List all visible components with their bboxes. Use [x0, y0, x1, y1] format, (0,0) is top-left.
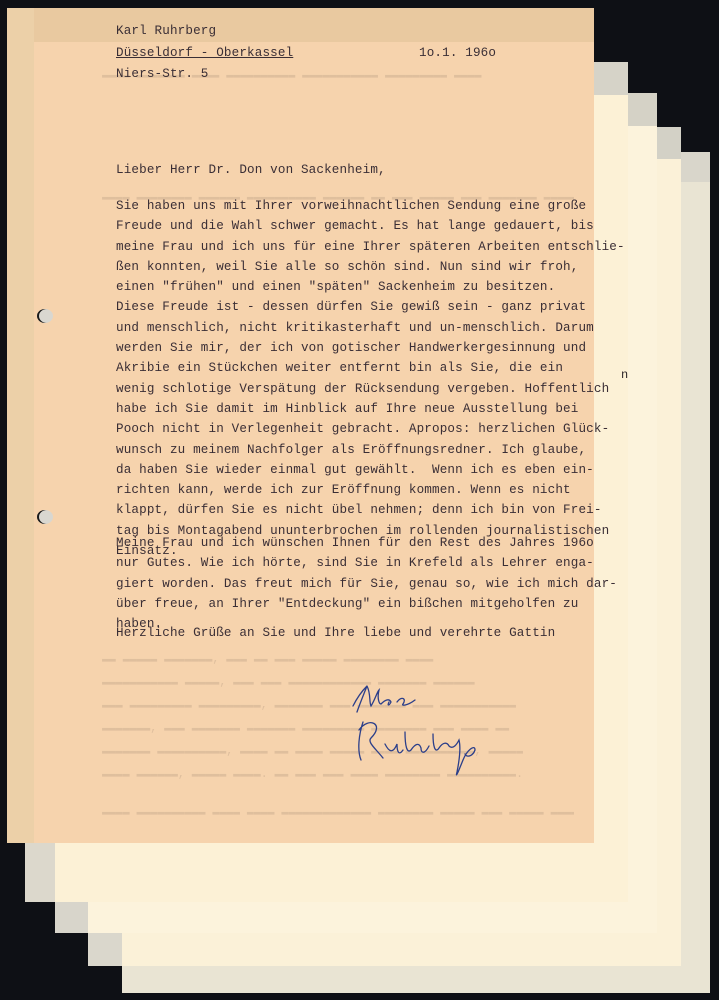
paragraph-line: da haben Sie wieder einmal gut gewählt. … [116, 460, 625, 480]
punch-hole-upper [37, 309, 53, 323]
paragraph-line: über freue, an Ihrer "Entdeckung" ein bi… [116, 594, 617, 614]
paragraph-line: werden Sie mir, der ich von gotischer Ha… [116, 338, 625, 358]
paragraph-line: Sie haben uns mit Ihrer vorweihnachtlich… [116, 196, 625, 216]
page-left-discoloration [7, 8, 34, 843]
bleed-through-text: ▬▬ ▬▬▬▬▬ ▬▬▬▬▬▬▬, ▬▬▬ ▬▬ ▬▬▬ ▬▬▬▬▬ ▬▬▬▬▬… [102, 648, 574, 671]
paragraph-line: und menschlich, nicht kritikasterhaft un… [116, 318, 625, 338]
paragraph-line: Freude und die Wahl schwer gemacht. Es h… [116, 216, 625, 236]
letter-date: 1o.1. 196o [419, 46, 496, 60]
paragraph-line: Diese Freude ist - dessen dürfen Sie gew… [116, 297, 625, 317]
handwritten-signature [345, 680, 525, 790]
paragraph-line: ßen konnten, weil Sie alle so schön sind… [116, 257, 625, 277]
paragraph-line: klappt, dürfen Sie es nicht übel nehmen;… [116, 500, 625, 520]
signature-last-name [345, 710, 505, 790]
sender-name: Karl Ruhrberg [116, 24, 216, 38]
paragraph-line: Pooch nicht in Verlegenheit gebracht. Ap… [116, 419, 625, 439]
paragraph-line: meine Frau und ich uns für eine Ihrer sp… [116, 237, 625, 257]
salutation: Lieber Herr Dr. Don von Sackenheim, [116, 163, 386, 177]
paragraph-line: nur Gutes. Wie ich hörte, sind Sie in Kr… [116, 553, 617, 573]
paragraph-line: Meine Frau und ich wünschen Ihnen für de… [116, 533, 617, 553]
paragraph-line: giert worden. Das freut mich für Sie, ge… [116, 574, 617, 594]
paragraph-line: richten kann, werde ich zur Eröffnung ko… [116, 480, 625, 500]
paragraph-line: wunsch zu meinem Nachfolger als Eröffnun… [116, 440, 625, 460]
paragraph-line: einen "frühen" und einen "späten" Sacken… [116, 277, 625, 297]
paragraph-line: habe ich Sie damit im Hinblick auf Ihre … [116, 399, 625, 419]
punch-hole-lower [37, 510, 53, 524]
paragraph-line: wenig schlotige Verspätung der Rücksendu… [116, 379, 625, 399]
bleed-through-text: ▬▬▬▬ ▬▬▬▬▬▬▬▬▬▬ ▬▬▬▬ ▬▬▬▬ ▬▬▬▬▬▬▬▬▬▬▬▬▬ … [102, 801, 574, 824]
closing-line: Herzliche Grüße an Sie und Ihre liebe un… [116, 626, 555, 640]
body-paragraph-2: Meine Frau und ich wünschen Ihnen für de… [116, 533, 617, 634]
page-top-discoloration [7, 8, 594, 42]
body-paragraph-1: Sie haben uns mit Ihrer vorweihnachtlich… [116, 196, 625, 561]
paragraph-line: Akribie ein Stückchen weiter entfernt bi… [116, 358, 625, 378]
sender-city: Düsseldorf - Oberkassel [116, 46, 293, 60]
sender-street: Niers-Str. 5 [116, 67, 209, 81]
